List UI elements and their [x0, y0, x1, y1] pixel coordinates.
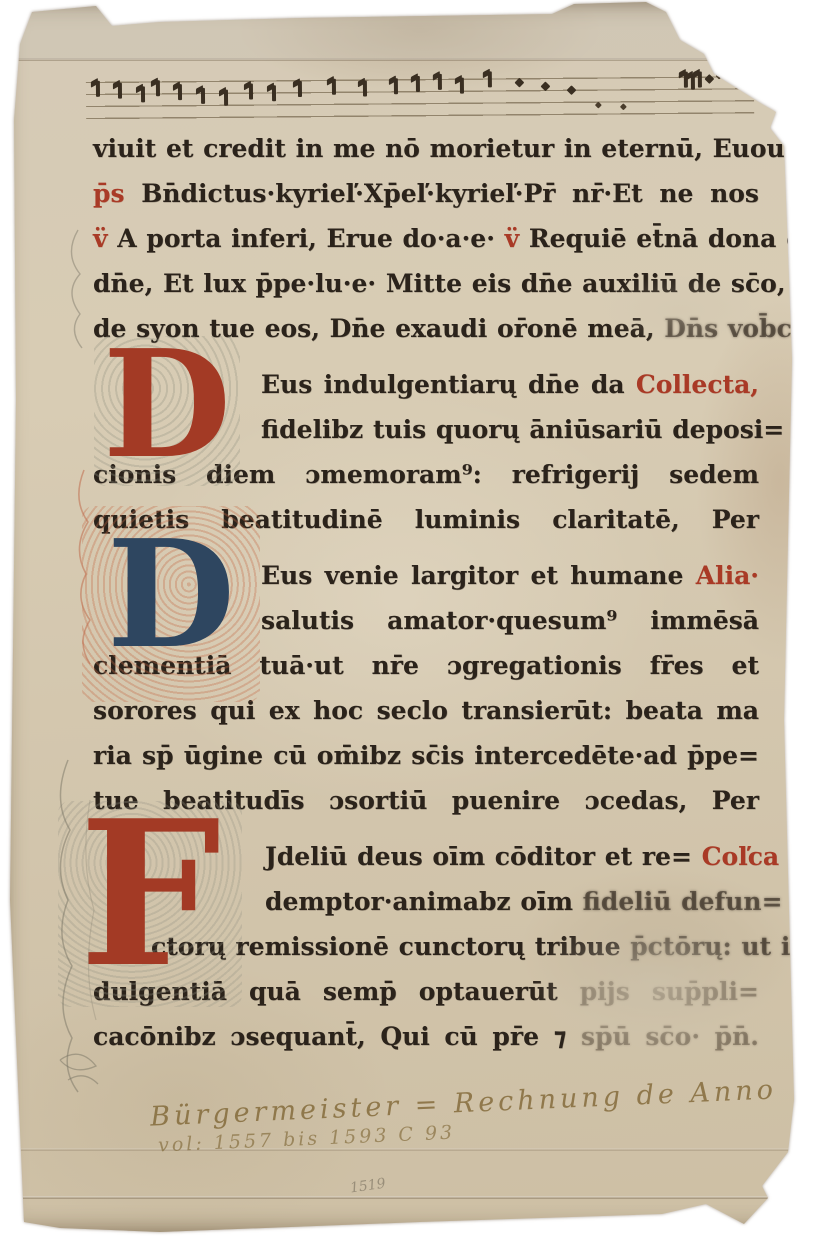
body-text: Jdeliū deus oīm cōditor et re= — [265, 842, 702, 871]
neume-mark — [540, 81, 550, 91]
top-fold-strip — [14, 0, 791, 59]
neume-mark — [416, 76, 420, 92]
body-text: Bn̄dictus·kyrieľ·Xp̄eľ·kyrieľ·Pr̄ nr̄·Et… — [141, 179, 759, 208]
neume-mark — [298, 81, 302, 97]
neume-mark — [363, 80, 367, 96]
neume-mark — [738, 71, 742, 87]
body-text: ria sp̄ ūgine cū om̄ibz sc̄is intercedēt… — [93, 741, 759, 770]
body-text: demptor·animabz oīm — [265, 887, 583, 916]
body-text: fideliū defun= — [583, 887, 783, 916]
neume-mark — [156, 80, 160, 96]
neume-mark — [716, 72, 722, 78]
neume-mark — [753, 69, 757, 85]
rubric-text: Alia· — [696, 561, 759, 590]
neume-mark — [620, 103, 626, 109]
body-text: Dn̄s vob̄cū. — [664, 314, 818, 343]
archival-handwriting-line1: Bürgermeister = Rechnung de Anno — [150, 1074, 778, 1132]
body-text: dn̄e, Et lux p̄pe·lu·e· Mitte eis dn̄e a… — [93, 269, 826, 298]
neume-mark — [272, 85, 276, 101]
neume-mark — [178, 84, 182, 100]
neume-mark — [595, 102, 601, 108]
music-staff — [86, 61, 754, 127]
rubric-text: Collecta, — [636, 370, 759, 399]
body-text: Eus venie largitor et humane — [261, 561, 696, 590]
bottom-edge-crease — [12, 1196, 795, 1199]
body-text: viuit et credit in me nō morietur in ete… — [93, 134, 826, 163]
neume-mark — [96, 81, 100, 97]
body-text: fidelibz tuis quorų āniūsariū deposi= — [261, 415, 784, 444]
body-text: cacōnibz ɔsequant̄, Qui cū pr̄e ⁊ — [93, 1022, 581, 1051]
initial-glyph: F — [52, 795, 248, 995]
neume-mark — [332, 79, 336, 95]
neume-mark — [201, 88, 205, 104]
rubric-text: Coľca — [702, 842, 780, 871]
text-line: ria sp̄ ūgine cū om̄ibz sc̄is intercedēt… — [93, 733, 759, 778]
body-text: p̄ctōrų: ut in — [630, 932, 808, 961]
rubric-text: p̄s — [93, 179, 141, 208]
lower-crease-line — [12, 1148, 795, 1151]
text-line: p̄s Bn̄dictus·kyrieľ·Xp̄eľ·kyrieľ·Pr̄ nr… — [93, 171, 759, 216]
body-text: Eus indulgentiarų dn̄e da — [261, 370, 636, 399]
neume-mark — [744, 73, 750, 79]
body-text: A porta inferi, Erue do·a·e· — [117, 224, 504, 253]
rubric-text: v̈ — [93, 224, 117, 253]
neume-mark — [224, 90, 228, 106]
neume-mark — [141, 86, 145, 102]
text-line: dn̄e, Et lux p̄pe·lu·e· Mitte eis dn̄e a… — [93, 261, 759, 306]
neume-mark — [704, 74, 714, 84]
neume-mark — [438, 74, 442, 90]
neume-mark — [567, 85, 577, 95]
neume-mark — [249, 83, 253, 99]
neume-mark — [394, 78, 398, 94]
initial-glyph: D — [92, 520, 250, 668]
text-line: cacōnibz ɔsequant̄, Qui cū pr̄e ⁊ sp̄ū s… — [93, 1014, 759, 1059]
body-text: sp̄ū sc̄o· p̄n̄. — [581, 1022, 759, 1051]
neume-mark — [698, 72, 702, 88]
text-line: viuit et credit in me nō morietur in ete… — [93, 126, 759, 171]
neume-mark — [118, 83, 122, 99]
initial-f-red: F — [52, 795, 248, 1013]
parchment-leaf: viuit et credit in me nō morietur in ete… — [0, 0, 839, 1240]
neume-mark — [514, 78, 524, 88]
pencil-date-note: 1519 — [349, 1176, 387, 1197]
body-text: Requiē et̄nā dona eis — [529, 224, 826, 253]
body-text: salutis amator·quesum⁹ immēsā — [261, 606, 759, 635]
initial-glyph: D — [88, 330, 246, 478]
neume-mark — [460, 78, 464, 94]
neume-mark — [488, 71, 492, 87]
parchment-sheet-wrapper: viuit et credit in me nō morietur in ete… — [0, 0, 839, 1240]
initial-d-red: D — [88, 330, 246, 492]
rubric-text: v̈ — [505, 224, 529, 253]
text-line: v̈ A porta inferi, Erue do·a·e· v̈ Requi… — [93, 216, 759, 261]
photographed-manuscript-scan: viuit et credit in me nō morietur in ete… — [0, 0, 839, 1240]
body-text: pijs sup̄pli= — [580, 977, 759, 1006]
initial-d-blue: D — [92, 520, 250, 688]
